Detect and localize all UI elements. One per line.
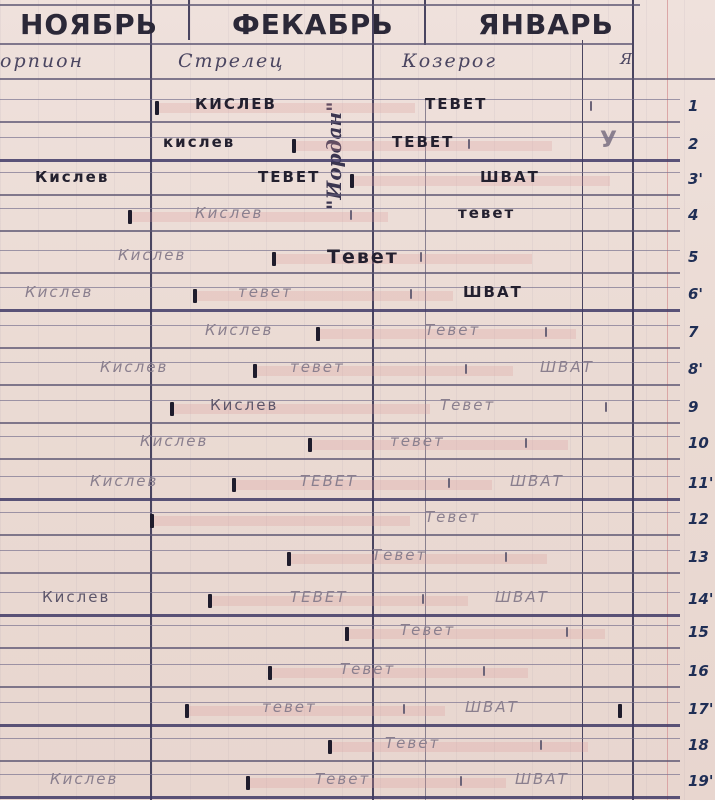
row-number: 3' xyxy=(688,170,703,188)
boundary-tick-mark xyxy=(420,252,422,262)
row-rule xyxy=(0,325,680,326)
row-baseline xyxy=(0,572,680,574)
corner-mark: У xyxy=(600,128,617,153)
row-rule xyxy=(0,550,680,551)
boundary-tick-mark xyxy=(316,327,320,341)
row-number: 15 xyxy=(688,623,709,641)
boundary-tick-mark xyxy=(505,552,507,562)
row-baseline xyxy=(0,347,680,349)
header-month-rule xyxy=(0,43,632,45)
month-header-november: НОЯБРЬ xyxy=(20,8,158,41)
column-divider-header-jan xyxy=(424,0,426,45)
row-number: 6' xyxy=(688,285,703,303)
month-entry: Кислев xyxy=(90,472,158,490)
boundary-tick-mark xyxy=(618,704,622,718)
row-baseline xyxy=(0,760,680,762)
row-rule xyxy=(0,625,680,626)
row-number: 4 xyxy=(688,206,698,224)
row-rule xyxy=(0,400,680,401)
row-baseline xyxy=(0,422,680,424)
month-entry: тевет xyxy=(262,698,317,716)
month-entry: тевет xyxy=(290,358,345,376)
row-baseline xyxy=(0,272,680,274)
boundary-tick-mark xyxy=(272,252,276,266)
row-number: 9 xyxy=(688,398,698,416)
row-number: 17' xyxy=(688,700,713,718)
row-number: 8' xyxy=(688,360,703,378)
boundary-tick-mark xyxy=(468,139,470,149)
month-entry: Тевет xyxy=(340,660,395,678)
row-baseline xyxy=(0,159,680,162)
row-baseline xyxy=(0,686,680,688)
row-number: 18 xyxy=(688,736,709,754)
boundary-tick-mark xyxy=(465,364,467,374)
month-entry: Кислев xyxy=(140,432,208,450)
row-shade xyxy=(328,742,588,752)
row-number: 16 xyxy=(688,662,709,680)
month-entry: тевет xyxy=(238,283,293,301)
month-entry: ШВАТ xyxy=(480,168,540,186)
boundary-tick-mark xyxy=(525,438,527,448)
row-shade xyxy=(232,480,492,490)
month-header-january: ЯНВАРЬ xyxy=(478,8,614,41)
month-entry: ТЕВЕТ xyxy=(392,133,454,151)
row-baseline xyxy=(0,614,680,617)
boundary-tick-mark xyxy=(246,776,250,790)
row-number: 5 xyxy=(688,248,698,266)
boundary-tick-mark xyxy=(590,101,592,111)
zodiac-sagittarius: Стрелец xyxy=(178,50,285,72)
month-entry: Тевет xyxy=(440,396,495,414)
boundary-tick-mark xyxy=(287,552,291,566)
boundary-tick-mark xyxy=(483,666,485,676)
boundary-tick-mark xyxy=(605,402,607,412)
month-entry: ШВАТ xyxy=(465,698,519,716)
row-number: 11' xyxy=(688,474,713,492)
month-entry: Кислев xyxy=(205,321,273,339)
row-shade xyxy=(170,404,430,414)
row-baseline xyxy=(0,230,680,232)
row-baseline xyxy=(0,498,680,501)
row-baseline xyxy=(0,724,680,727)
month-entry: ТЕВЕТ xyxy=(425,95,487,113)
zodiac-scorpio: орпион xyxy=(0,50,84,72)
month-entry: Тевет xyxy=(400,621,455,639)
month-entry: Кислев xyxy=(118,246,186,264)
boundary-tick-mark xyxy=(232,478,236,492)
month-entry: КИСЛЕВ xyxy=(195,95,277,113)
row-baseline xyxy=(0,309,680,312)
month-entry: Кислев xyxy=(210,396,278,414)
month-entry: Тевет xyxy=(385,734,440,752)
row-baseline xyxy=(0,796,680,799)
row-rule xyxy=(0,287,680,288)
boundary-tick-mark xyxy=(545,327,547,337)
row-baseline xyxy=(0,384,680,386)
row-number: 2 xyxy=(688,135,698,153)
boundary-tick-mark xyxy=(185,704,189,718)
row-shade xyxy=(246,778,506,788)
month-entry: ШВАТ xyxy=(540,358,594,376)
boundary-tick-mark xyxy=(566,627,568,637)
row-shade xyxy=(155,103,415,113)
month-entry: ШВАТ xyxy=(463,283,523,301)
row-shade xyxy=(268,668,528,678)
vertical-note-jordan: "Иордан" xyxy=(322,60,346,210)
row-rule xyxy=(0,702,680,703)
row-rule xyxy=(0,436,680,437)
boundary-tick-mark xyxy=(540,740,542,750)
month-header-december: ФЕКАБРЬ xyxy=(232,8,394,41)
month-entry: кислев xyxy=(163,133,235,151)
row-number: 1 xyxy=(688,97,698,115)
column-subdivider xyxy=(425,100,426,800)
month-entry: Тевет xyxy=(425,321,480,339)
row-baseline xyxy=(0,534,680,536)
month-entry: Кислев xyxy=(35,168,109,186)
month-entry: тевет xyxy=(390,432,445,450)
month-entry: Тевет xyxy=(327,246,399,268)
row-number: 12 xyxy=(688,510,709,528)
month-entry: Кислев xyxy=(42,588,110,606)
row-number: 14' xyxy=(688,590,713,608)
zodiac-capricorn: Козерог xyxy=(402,50,497,72)
row-shade xyxy=(193,291,453,301)
ledger-sheet: НОЯБРЬ ФЕКАБРЬ ЯНВАРЬ орпион Стрелец Коз… xyxy=(0,0,715,800)
boundary-tick-mark xyxy=(350,174,354,188)
row-rule xyxy=(0,208,680,209)
boundary-tick-mark xyxy=(253,364,257,378)
boundary-tick-mark xyxy=(155,101,159,115)
boundary-tick-mark xyxy=(170,402,174,416)
boundary-tick-mark xyxy=(410,289,412,299)
boundary-tick-mark xyxy=(193,289,197,303)
boundary-tick-mark xyxy=(208,594,212,608)
month-entry: ШВАТ xyxy=(515,770,569,788)
boundary-tick-mark xyxy=(422,594,424,604)
column-divider-header xyxy=(188,0,190,40)
month-entry: ТЕВЕТ xyxy=(258,168,320,186)
boundary-tick-mark xyxy=(448,478,450,488)
month-entry: Кислев xyxy=(25,283,93,301)
month-entry: Тевет xyxy=(425,508,480,526)
row-rule xyxy=(0,137,680,138)
row-number: 7 xyxy=(688,323,698,341)
boundary-tick-mark xyxy=(150,514,154,528)
row-baseline xyxy=(0,121,680,123)
header-zodiac-rule xyxy=(0,78,715,80)
row-baseline xyxy=(0,647,680,649)
row-rule xyxy=(0,99,680,100)
month-entry: Кислев xyxy=(50,770,118,788)
boundary-tick-mark xyxy=(403,704,405,714)
month-entry: ШВАТ xyxy=(510,472,564,490)
month-entry: ТЕВЕТ xyxy=(300,472,358,490)
boundary-tick-mark xyxy=(345,627,349,641)
month-entry: Кислев xyxy=(195,204,263,222)
row-number: 13 xyxy=(688,548,709,566)
row-rule xyxy=(0,738,680,739)
month-entry: ШВАТ xyxy=(495,588,549,606)
row-rule xyxy=(0,512,680,513)
boundary-tick-mark xyxy=(350,210,352,220)
boundary-tick-mark xyxy=(268,666,272,680)
zodiac-next: Я xyxy=(620,50,634,68)
boundary-tick-mark xyxy=(328,740,332,754)
month-entry: тевет xyxy=(458,204,515,222)
boundary-tick-mark xyxy=(292,139,296,153)
row-baseline xyxy=(0,458,680,460)
row-shade xyxy=(272,254,532,264)
month-entry: Тевет xyxy=(315,770,370,788)
header-top-rule xyxy=(0,4,640,6)
boundary-tick-mark xyxy=(128,210,132,224)
row-baseline xyxy=(0,194,680,196)
month-entry: Тевет xyxy=(372,546,427,564)
row-number: 19' xyxy=(688,772,713,790)
boundary-tick-mark xyxy=(308,438,312,452)
month-entry: Кислев xyxy=(100,358,168,376)
month-entry: ТЕВЕТ xyxy=(290,588,348,606)
row-number: 10 xyxy=(688,434,709,452)
row-shade xyxy=(150,516,410,526)
boundary-tick-mark xyxy=(460,776,462,786)
